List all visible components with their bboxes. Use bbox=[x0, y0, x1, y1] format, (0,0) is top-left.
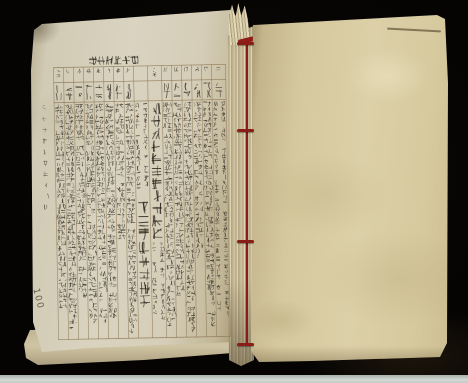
left-page bbox=[30, 6, 238, 362]
photo-backdrop: 100 bbox=[0, 0, 468, 383]
cover-crease bbox=[387, 28, 441, 32]
spine-page-edges bbox=[227, 0, 254, 366]
cover-page bbox=[251, 13, 448, 362]
binding-stitch bbox=[237, 42, 254, 45]
table-surface-edge bbox=[0, 375, 468, 383]
binding-stitch bbox=[237, 240, 254, 243]
binding-stitch bbox=[237, 343, 254, 346]
binding-stitch bbox=[237, 129, 254, 132]
